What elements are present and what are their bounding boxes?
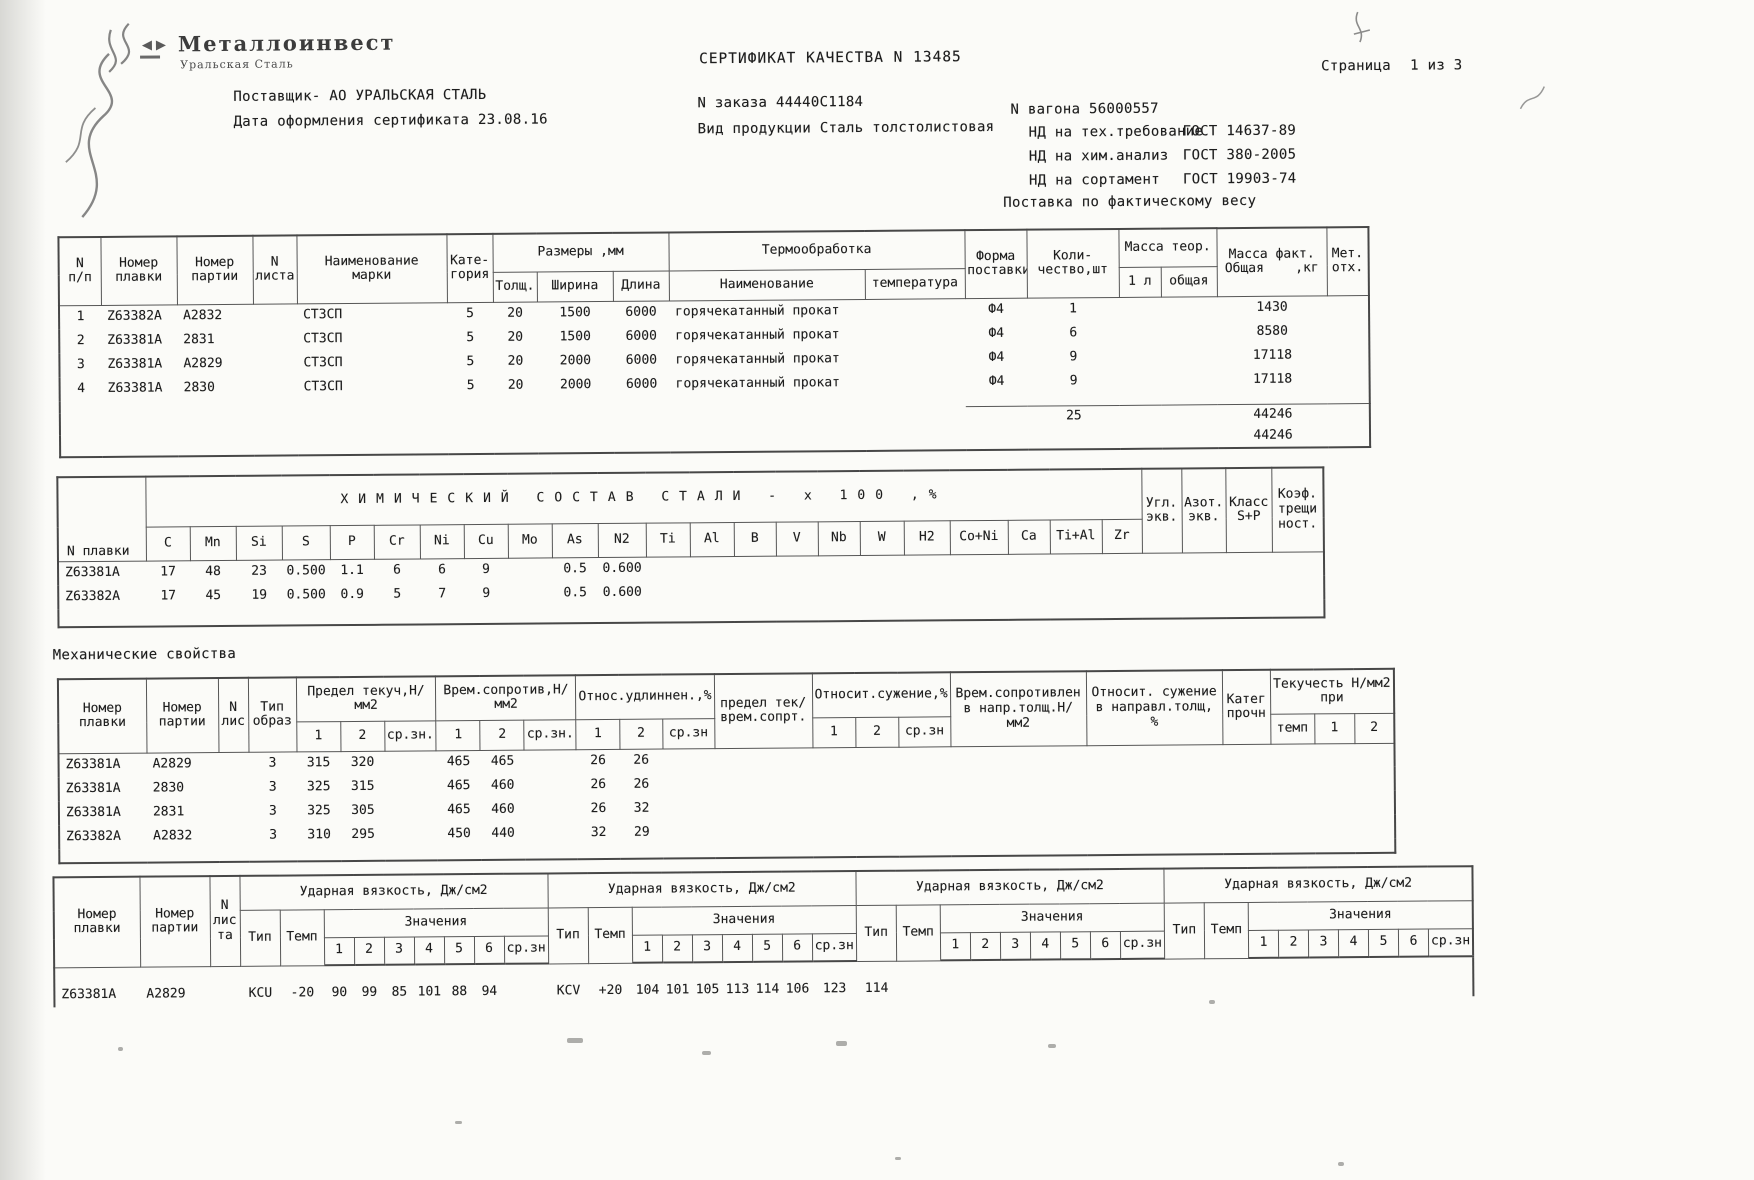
col-sub-1: 1 xyxy=(296,721,340,751)
col-element: V xyxy=(776,521,818,555)
col-v: 5 xyxy=(1368,929,1398,957)
cell: 114 xyxy=(752,962,782,1002)
col-length: Длина xyxy=(613,270,669,300)
col-v: 6 xyxy=(1090,931,1120,959)
cell: 305 xyxy=(341,799,385,823)
col-v: 2 xyxy=(662,934,692,962)
col-elongation: Относ.удлиннен.,% xyxy=(576,674,714,719)
col-avg: ср.зн xyxy=(812,933,856,961)
empty-cell xyxy=(525,821,577,845)
col-carbon-equiv: Угл. экв. xyxy=(1141,468,1182,552)
col-type: Тип xyxy=(1164,902,1204,958)
cell: СТ3СП xyxy=(297,326,447,351)
empty-cell xyxy=(1165,956,1474,998)
total-quantity: 25 xyxy=(1028,405,1120,428)
empty-cell xyxy=(219,824,249,848)
cell: 1500 xyxy=(537,325,613,350)
empty-cell xyxy=(1119,345,1161,369)
col-v: 6 xyxy=(474,936,504,964)
mechanical-properties-table: Номер плавки Номер партии N лис Тип обра… xyxy=(57,668,1396,865)
cell: 113 xyxy=(722,962,752,1002)
col-strength-category: Катег прочн xyxy=(1222,670,1271,744)
empty-cell xyxy=(218,752,248,776)
cell-batch: 2831 xyxy=(147,800,219,825)
col-v: 5 xyxy=(444,936,474,964)
cell: 123 xyxy=(812,961,856,1001)
cell: 9 xyxy=(464,558,508,582)
empty-cell xyxy=(525,797,577,821)
cell: 85 xyxy=(384,965,414,1005)
col-sample-type: Тип образ xyxy=(248,677,297,751)
cell: 19 xyxy=(236,584,282,608)
cell: 104 xyxy=(632,963,662,1003)
col-element: Zr xyxy=(1102,519,1142,553)
cell: 23 xyxy=(236,560,282,584)
cell: 2 xyxy=(59,329,101,353)
cell: Z63381A xyxy=(102,376,178,401)
cell: 2831 xyxy=(177,328,253,353)
col-element: Cr xyxy=(374,524,420,558)
col-num: N п/п xyxy=(58,237,101,305)
certificate-page: Металлоинвест Уральская Сталь СЕРТИФИКАТ… xyxy=(0,0,1754,1180)
col-met-otx: Мет. отх. xyxy=(1326,227,1369,295)
cell: 315 xyxy=(341,775,385,799)
cell: A2829 xyxy=(177,352,253,377)
cell-type: KCU xyxy=(240,966,280,1006)
empty-cell xyxy=(1328,425,1370,447)
total-mass: 44246 xyxy=(1218,403,1328,426)
cell: 0.600 xyxy=(598,557,646,581)
cell: 94 xyxy=(474,964,504,1004)
cell: 26 xyxy=(620,773,663,797)
cell: Z63382A xyxy=(101,304,177,329)
empty-cell xyxy=(1328,403,1370,425)
cell: 320 xyxy=(340,751,384,775)
cell: A2832 xyxy=(177,304,253,329)
cell: 17 xyxy=(146,560,190,584)
cell: Ф4 xyxy=(965,346,1027,370)
cell: 2000 xyxy=(538,373,614,398)
col-sub-avg: ср.зн xyxy=(662,718,714,748)
empty-cell xyxy=(1119,321,1161,345)
cell: 20 xyxy=(493,302,537,326)
empty-cell xyxy=(896,959,1165,1001)
cell: 465 xyxy=(437,774,481,798)
cell: 4 xyxy=(60,377,102,401)
col-v: 5 xyxy=(752,934,782,962)
empty-cell xyxy=(1162,368,1218,392)
empty-cell xyxy=(508,557,552,581)
col-element: Ca xyxy=(1008,520,1050,554)
cell: 0.5 xyxy=(552,581,598,605)
col-temp: Темп xyxy=(280,909,324,965)
empty-cell xyxy=(508,581,552,605)
cell: 101 xyxy=(662,962,692,1002)
col-values: Значения xyxy=(324,907,548,937)
col-v: 3 xyxy=(1308,929,1338,957)
col-v: 2 xyxy=(970,932,1000,960)
cell: 48 xyxy=(190,560,236,584)
cell-heat: Z63381A xyxy=(58,561,146,586)
cell-heat: Z63382A xyxy=(59,825,147,850)
empty-cell xyxy=(1142,551,1324,576)
cell: 465 xyxy=(436,750,480,774)
col-class-sp: Класс S+P xyxy=(1225,468,1272,552)
certificate-title: СЕРТИФИКАТ КАЧЕСТВА N 13485 xyxy=(699,49,962,67)
cell: 45 xyxy=(190,584,236,608)
cell: 3 xyxy=(248,751,296,775)
col-element: Ti+Al xyxy=(1050,519,1102,553)
cell: 1500 xyxy=(537,301,613,326)
col-element: H2 xyxy=(904,520,950,554)
col-width: Ширина xyxy=(537,271,613,302)
cell-type: KCV xyxy=(548,963,588,1003)
scan-artifact xyxy=(895,1157,901,1160)
col-avg: ср.зн xyxy=(1120,931,1164,959)
empty-cell xyxy=(254,375,298,399)
cell: 440 xyxy=(481,822,525,846)
empty-cell xyxy=(525,773,577,797)
col-v: 4 xyxy=(414,936,444,964)
col-element: N2 xyxy=(598,523,646,557)
scan-artifact xyxy=(1048,1044,1056,1048)
total-mass-2: 44246 xyxy=(1218,425,1328,448)
col-v: 1 xyxy=(1248,930,1278,958)
col-element: Mn xyxy=(190,526,236,560)
cell: 20 xyxy=(494,374,538,398)
scan-artifact xyxy=(455,1121,462,1124)
cell-heat: Z63382A xyxy=(58,585,146,610)
empty-cell xyxy=(219,776,249,800)
col-sub-avg: ср.зн xyxy=(899,716,951,746)
col-sub-1: 1 xyxy=(1314,713,1354,743)
col-element: Co+Ni xyxy=(950,520,1008,554)
cell: Z63381A xyxy=(101,328,177,353)
empty-cell xyxy=(210,966,240,1006)
impact-toughness-table: Номер плавки Номер партии N лис та Ударн… xyxy=(52,865,1474,1007)
cell: 101 xyxy=(414,964,444,1004)
empty-cell xyxy=(966,406,1028,428)
col-values: Значения xyxy=(632,905,856,935)
cell: 2000 xyxy=(537,349,613,374)
impact-block-title: Ударная вязкость, Дж/см2 xyxy=(1164,866,1473,902)
col-sub-1: 1 xyxy=(576,719,619,749)
empty-cell xyxy=(1327,295,1369,319)
col-avg: ср.зн xyxy=(504,935,548,963)
scan-artifact xyxy=(118,1047,123,1051)
col-element: Ni xyxy=(420,524,464,558)
col-contraction-thickness: Относит. сужение в направл.толщ, % xyxy=(1086,670,1223,745)
cell: 5 xyxy=(447,326,493,350)
cell: 5 xyxy=(448,374,494,398)
mechanical-properties-label: Механические свойства xyxy=(53,646,236,663)
cell: 1 xyxy=(1027,297,1119,322)
cell: 99 xyxy=(354,965,384,1005)
impact-block-title: Ударная вязкость, Дж/см2 xyxy=(856,869,1164,905)
cell: 460 xyxy=(481,774,525,798)
nd-value-0: ГОСТ 14637-89 xyxy=(1183,123,1297,140)
col-v: 3 xyxy=(692,934,722,962)
cell: 6000 xyxy=(614,372,670,396)
cell: СТ3СП xyxy=(298,374,448,399)
cell: горячекатанный прокат xyxy=(669,299,865,325)
handwritten-mark-right xyxy=(1512,79,1552,119)
product-type: Вид продукции Сталь толстолистовая xyxy=(698,119,995,137)
cell: 325 xyxy=(297,799,341,823)
empty-cell xyxy=(253,327,297,351)
col-batch: Номер партии xyxy=(139,876,210,967)
cell-batch: A2829 xyxy=(146,752,218,777)
col-element: S xyxy=(282,525,330,559)
cell: 3 xyxy=(59,353,101,377)
cell: СТ3СП xyxy=(297,350,447,375)
mech-header-row-1: Номер плавки Номер партии N лис Тип обра… xyxy=(58,669,1394,723)
empty-cell xyxy=(1327,319,1369,343)
cell: 310 xyxy=(297,823,341,847)
col-values: Значения xyxy=(940,903,1164,933)
empty-cell xyxy=(866,370,966,395)
col-mass-total: общая xyxy=(1161,266,1217,296)
cell: 8580 xyxy=(1217,319,1327,344)
cell: Z63381A xyxy=(101,352,177,377)
col-v: 3 xyxy=(1000,932,1030,960)
col-sub-2: 2 xyxy=(855,717,898,747)
empty-cell xyxy=(865,322,965,347)
col-v: 4 xyxy=(1030,931,1060,959)
cell: 3 xyxy=(249,799,297,823)
nd-value-1: ГОСТ 380-2005 xyxy=(1183,147,1297,164)
empty-cell xyxy=(385,798,437,822)
cell: 7 xyxy=(420,582,464,606)
order-number: N заказа 44440С1184 xyxy=(697,94,863,111)
col-ht-temp: температура xyxy=(865,268,965,299)
cell: 325 xyxy=(297,775,341,799)
cell-batch: A2829 xyxy=(140,966,210,1007)
col-element: B xyxy=(734,522,776,556)
col-v: 3 xyxy=(384,937,414,965)
cell-heat: Z63381A xyxy=(58,753,146,778)
cell: 17118 xyxy=(1217,343,1327,368)
empty-cell xyxy=(253,351,297,375)
cell-heat: Z63381A xyxy=(54,967,140,1008)
col-element: As xyxy=(552,523,598,557)
cell: 9 xyxy=(1028,369,1120,394)
scan-artifact xyxy=(1338,1162,1344,1166)
empty-cell xyxy=(1327,343,1369,367)
impact-block-title: Ударная вязкость, Дж/см2 xyxy=(239,873,547,909)
col-tensile-strength: Врем.сопротив,Н/мм2 xyxy=(436,675,576,720)
wagon-number: N вагона 56000557 xyxy=(1010,101,1159,118)
cell: горячекатанный прокат xyxy=(670,371,866,397)
col-yield-tensile-ratio: предел тек/ врем.сопрт. xyxy=(714,673,813,748)
products-table: N п/п Номер плавки Номер партии N листа … xyxy=(57,226,1371,458)
empty-cell xyxy=(1328,367,1370,391)
cell: 26 xyxy=(620,749,663,773)
col-mass-theor: Масса теор. xyxy=(1118,228,1216,267)
cell: 295 xyxy=(341,823,385,847)
cell: 5 xyxy=(447,350,493,374)
empty-cell xyxy=(504,963,548,1003)
cell: 1.1 xyxy=(330,559,374,583)
cell: 465 xyxy=(480,750,524,774)
col-batch: Номер партии xyxy=(176,236,253,305)
cell: 6000 xyxy=(613,348,669,372)
col-sub-1: 1 xyxy=(812,717,855,747)
scan-artifact xyxy=(836,1041,847,1046)
col-v: 1 xyxy=(940,932,970,960)
col-values: Значения xyxy=(1248,900,1473,930)
empty-cell xyxy=(385,822,437,846)
page-value: 1 из 3 xyxy=(1410,57,1462,73)
cell: 26 xyxy=(577,773,620,797)
nd-label-0: НД на тех.требование xyxy=(1029,123,1204,140)
cell: СТ3СП xyxy=(297,302,447,327)
cell: 5 xyxy=(374,582,420,606)
cell: Ф4 xyxy=(966,370,1028,394)
document-content: Металлоинвест Уральская Сталь СЕРТИФИКАТ… xyxy=(0,0,1754,1180)
col-sub-avg: ср.зн. xyxy=(524,719,576,749)
col-heat: Номер плавки xyxy=(58,679,147,754)
col-grade: Наименование марки xyxy=(296,234,447,303)
nd-label-2: НД на сортамент xyxy=(1029,172,1160,189)
col-element: Al xyxy=(690,522,734,556)
cell: 20 xyxy=(493,326,537,350)
col-mass-1l: 1 л xyxy=(1119,267,1161,297)
col-sub-1: 1 xyxy=(436,720,480,750)
cell-temp: -20 xyxy=(280,965,324,1005)
empty-cell xyxy=(385,774,437,798)
chem-table-title: ХИМИЧЕСКИЙ СОСТАВ СТАЛИ - х 100 ,% xyxy=(145,469,1141,527)
cell: 6 xyxy=(1027,321,1119,346)
col-heat-treatment: Термообработка xyxy=(668,230,964,270)
cell: Ф4 xyxy=(965,298,1027,322)
cell: 105 xyxy=(692,962,722,1002)
empty-cell xyxy=(1161,296,1217,320)
cell-batch: 2830 xyxy=(147,776,219,801)
col-sheet: N лис xyxy=(218,678,249,752)
logo-subtitle: Уральская Сталь xyxy=(180,57,396,72)
cell: 315 xyxy=(296,751,340,775)
empty-cell xyxy=(219,800,249,824)
col-sheet: N листа xyxy=(252,235,297,303)
empty-cell xyxy=(865,346,965,371)
empty-cell xyxy=(1119,297,1161,321)
cell: 465 xyxy=(437,798,481,822)
col-heat-number: N плавки xyxy=(57,477,146,562)
cell-batch: A2832 xyxy=(147,824,219,849)
cell: 29 xyxy=(620,821,663,845)
col-category: Кате- гория xyxy=(446,234,493,302)
col-yield-strength: Предел текуч,Н/мм2 xyxy=(296,676,436,721)
col-element: W xyxy=(860,521,904,555)
col-temp: Темп xyxy=(1204,902,1248,958)
cell: 0.500 xyxy=(282,559,330,583)
col-sub-2: 2 xyxy=(1354,713,1394,743)
col-form: Форма поставки xyxy=(964,230,1027,298)
delivery-note: Поставка по фактическому весу xyxy=(1003,193,1256,211)
cell: 1 xyxy=(59,305,101,329)
cell: 3 xyxy=(249,775,297,799)
col-crack-coef: Коэф. трещи ност. xyxy=(1271,467,1324,551)
cell-heat: Z63381A xyxy=(59,801,147,826)
col-tensile-thickness: Врем.сопротивлен в напр.толщ.Н/мм2 xyxy=(950,671,1087,746)
cell: 3 xyxy=(249,823,297,847)
empty-cell xyxy=(1120,369,1162,393)
col-element: Mo xyxy=(508,523,552,557)
chemical-composition-table: N плавки ХИМИЧЕСКИЙ СОСТАВ СТАЛИ - х 100… xyxy=(56,466,1325,628)
col-element: Cu xyxy=(464,524,508,558)
cell: 26 xyxy=(576,749,619,773)
cell: 114 xyxy=(856,961,896,1001)
nd-label-1: НД на хим.анализ xyxy=(1029,148,1169,165)
col-quantity: Коли- чество,шт xyxy=(1026,229,1119,298)
empty-cell xyxy=(1162,404,1218,426)
cell: 6000 xyxy=(613,300,669,324)
col-sub-2: 2 xyxy=(340,721,384,751)
cert-date-line: Дата оформления сертификата 23.08.16 xyxy=(233,111,547,129)
page-label: Страница xyxy=(1321,58,1391,75)
cell: 106 xyxy=(782,961,812,1001)
col-temp: Темп xyxy=(588,907,632,963)
empty-cell xyxy=(1161,344,1217,368)
cell: 17118 xyxy=(1218,367,1328,392)
col-v: 6 xyxy=(1398,929,1428,957)
cell: 6 xyxy=(374,558,420,582)
cell: 6 xyxy=(420,558,464,582)
col-type: Тип xyxy=(240,910,280,966)
cell: 2830 xyxy=(178,376,254,401)
col-v: 5 xyxy=(1060,931,1090,959)
cell: 20 xyxy=(493,350,537,374)
cell: 26 xyxy=(577,797,620,821)
col-v: 4 xyxy=(722,934,752,962)
cell: горячекатанный прокат xyxy=(669,323,865,349)
col-contraction: Относит.сужение,% xyxy=(812,672,950,717)
scan-artifact xyxy=(567,1038,583,1043)
col-heat: Номер плавки xyxy=(53,877,140,968)
cell: 90 xyxy=(324,965,354,1005)
col-temp: Темп xyxy=(896,904,940,960)
col-element: C xyxy=(146,526,190,560)
empty-cell xyxy=(1161,320,1217,344)
metalloinvest-logo-icon xyxy=(140,35,170,61)
empty-cell xyxy=(1142,575,1324,600)
cell: 1430 xyxy=(1217,295,1327,320)
col-v: 4 xyxy=(1338,929,1368,957)
col-v: 2 xyxy=(1278,929,1308,957)
nd-value-2: ГОСТ 19903-74 xyxy=(1183,171,1297,188)
cell: 0.500 xyxy=(282,583,330,607)
cell: горячекатанный прокат xyxy=(669,347,865,373)
cell: 88 xyxy=(444,964,474,1004)
cell: 5 xyxy=(447,302,493,326)
col-v: 2 xyxy=(354,937,384,965)
col-element: Ti xyxy=(646,522,690,556)
col-ht-name: Наименование xyxy=(669,269,865,301)
col-type: Тип xyxy=(856,905,896,961)
col-thickness: Толщ. xyxy=(493,272,537,302)
cell: Ф4 xyxy=(965,322,1027,346)
scan-artifact xyxy=(702,1051,711,1055)
cell: 0.9 xyxy=(330,583,374,607)
cell: 0.600 xyxy=(598,581,646,605)
empty-cell xyxy=(1120,405,1162,427)
impact-block-title: Ударная вязкость, Дж/см2 xyxy=(548,871,856,907)
cell: 460 xyxy=(481,798,525,822)
cell-heat: Z63381A xyxy=(59,777,147,802)
col-sizes: Размеры ,мм xyxy=(492,232,668,271)
col-sub-avg: ср.зн. xyxy=(384,720,436,750)
